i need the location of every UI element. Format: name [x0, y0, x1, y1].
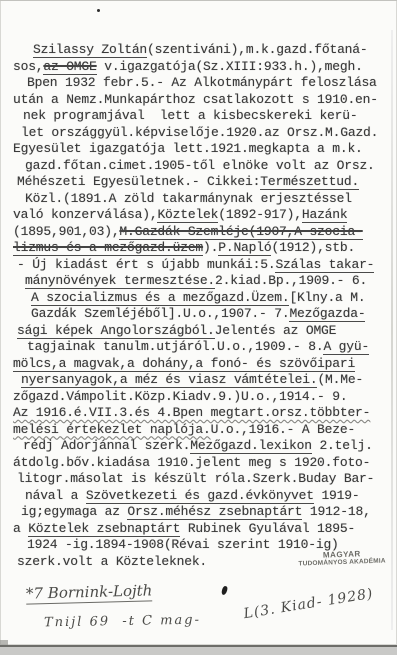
ink-blob [221, 586, 228, 596]
text-segment: 2.telj. [312, 438, 373, 453]
typed-line: melési értekezlet naplója.U.o.,1916.- A … [13, 422, 393, 439]
typed-line: tagjainak tanulm.utjáról.U.o.,1909.- 8.A… [13, 339, 393, 356]
typed-line: Közl.(1891.A zöld takarmánynak erjesztés… [13, 191, 393, 208]
text-segment: nek programjával lett a kisbecskereki ke… [23, 108, 357, 123]
text-segment: 2.kiad.Bp.,1909.- 6. [215, 273, 367, 288]
text-segment: Jelentés az OMGE [215, 323, 337, 338]
handwritten-note-1: *7 Bornink-Lojth [26, 581, 153, 604]
text-segment: nával a [25, 488, 86, 503]
text-segment: 1924 -ig.1894-1908(Révai szerint 1910-ig… [27, 537, 339, 552]
text-segment: litogr.másolat is készült róla.Szerk.Bud… [17, 471, 374, 486]
text-segment: - Új kiadást ért s újabb munkái:5. [17, 257, 275, 272]
text-segment: mölcs,a magvak,a dohány,a fonó- és szövő… [13, 356, 355, 372]
text-segment: 1919- [314, 488, 360, 503]
typed-line: nyersanyagok,a méz és viasz vámtételei.(… [13, 372, 393, 389]
text-segment: sos, [13, 59, 43, 74]
typed-line: Egyesület igazgatója lett.1921.megkapta … [13, 141, 393, 158]
typed-line: nek programjával lett a kisbecskereki ke… [13, 108, 393, 125]
typed-line: Az 1916.é.VII.3.és 4.Bpen megtart.orsz.t… [13, 405, 393, 422]
text-segment: az OMGE [43, 59, 96, 75]
typed-line: Bpen 1932 febr.5.- Az Alkotmánypárt felo… [13, 75, 393, 92]
paper-top-edge [0, 0, 397, 1]
text-segment: M.Gazdák Szemléje(1907,A szocia- [119, 224, 362, 240]
text-segment: átdolg.bőv.kiadása 1910.jelent meg s 192… [13, 455, 370, 470]
text-segment: gazd.főtan.cimet.1905-től elnöke volt az… [25, 158, 375, 173]
typed-line: litogr.másolat is készült róla.Szerk.Bud… [13, 471, 393, 488]
text-segment: a [13, 521, 28, 536]
typed-line: gazd.főtan.cimet.1905-től elnöke volt az… [13, 158, 393, 175]
text-segment: (M.Me- [317, 372, 363, 387]
text-segment: v.igazgatója(Sz.XIII:933.h.),megh. [97, 59, 363, 74]
text-segment: sági képek Angolországból. [17, 323, 215, 339]
text-segment: ). [203, 240, 218, 255]
typed-text-block: Szilassy Zoltán(szentiváni),m.k.gazd.főt… [13, 42, 393, 570]
text-segment: Természettud. [260, 174, 359, 190]
text-segment: Közl.(1891.A zöld takarmánynak erjesztés… [25, 191, 352, 206]
text-segment: Szálas takar- [275, 257, 374, 273]
typed-line: rédj Adorjánnal szerk.Mezőgazd.lexikon 2… [13, 438, 393, 455]
akademia-stamp: MAGYAR TUDOMÁNYOS AKADÉMIA [296, 549, 389, 568]
typed-line: (1895,901,03),M.Gazdák Szemléje(1907,A s… [13, 224, 393, 241]
text-segment: Bpen 1932 febr.5.- Az Alkotmánypárt felo… [27, 75, 377, 90]
text-segment: szerk.volt a Közteleknek. [17, 554, 207, 569]
typed-line: átdolg.bőv.kiadása 1910.jelent meg s 192… [13, 455, 393, 472]
text-segment: Az 1916.é.VII.3.és 4.Bpen megtart.orsz.t… [13, 405, 370, 420]
handwritten-note-3: L(3. Kiad- 1928) [243, 586, 375, 622]
typed-line: Szilassy Zoltán(szentiváni),m.k.gazd.főt… [13, 42, 393, 59]
text-segment: 1912-18, [302, 504, 370, 519]
typed-line: való konzerválása),Köztelek(1892-917),Ha… [13, 207, 393, 224]
text-segment: (1895,901,03), [13, 224, 119, 239]
typed-line: Méhészeti Egyesületnek.- Cikkei:Természe… [13, 174, 393, 191]
text-segment: Szövetkezeti és gazd.évkönyvet [86, 488, 314, 504]
text-segment: lizmus és a mezőgazd.üzem [13, 240, 203, 256]
text-segment: let országgyül.képviselője.1920.az Orsz.… [21, 125, 378, 140]
typed-line: - Új kiadást ért s újabb munkái:5.Szálas… [13, 257, 393, 274]
text-segment: melési értekezlet naplója. [13, 422, 211, 437]
typed-line: mánynövények termesztése.2.kiad.Bp.,1909… [13, 273, 393, 290]
typed-line: lizmus és a mezőgazd.üzem).P.Napló(1912)… [13, 240, 393, 257]
text-segment: A gyü- [323, 339, 369, 355]
text-segment: A szocializmus és a mezőgazd.Üzem. [31, 290, 289, 306]
typed-line: nával a Szövetkezeti és gazd.évkönyvet 1… [13, 488, 393, 505]
text-segment: rédj Adorjánnal szerk. [23, 438, 190, 453]
text-segment: (1892-917), [218, 207, 302, 222]
text-segment: zőgazd.Vámpolit.Közp.Kiadv.9.)U.o.,1914.… [13, 389, 347, 404]
text-segment: Köztelek [157, 207, 218, 223]
card-paper: Szilassy Zoltán(szentiváni),m.k.gazd.főt… [0, 0, 397, 645]
text-segment: nyersanyagok,a méz és viasz vámtételei. [21, 372, 317, 388]
text-segment: Hazánk [302, 207, 348, 223]
typed-line: sági képek Angolországból.Jelentés az OM… [13, 323, 393, 340]
typed-line: A szocializmus és a mezőgazd.Üzem.[Klny.… [13, 290, 393, 307]
text-segment: ig;egymaga az [21, 504, 127, 519]
text-segment: Gazdák Szemléjéből].U.o.,1907.- 7. [31, 306, 289, 321]
typed-line: után a Nemz.Munkapárthoz csatlakozott s … [13, 92, 393, 109]
text-segment: Méhészeti Egyesületnek.- Cikkei: [17, 174, 260, 189]
typed-line: Gazdák Szemléjéből].U.o.,1907.- 7.Mezőga… [13, 306, 393, 323]
text-segment: Szilassy Zoltán [33, 42, 147, 58]
typed-line: ig;egymaga az Orsz.méhész zsebnaptárt 19… [13, 504, 393, 521]
typed-line: sos,az OMGE v.igazgatója(Sz.XIII:933.h.)… [13, 59, 393, 76]
typed-line: let országgyül.képviselője.1920.az Orsz.… [13, 125, 393, 142]
handwritten-note-2: Tnijl 69 -t C mag- [44, 613, 201, 631]
text-segment: való konzerválása), [13, 207, 157, 222]
typed-line: a Köztelek zsebnaptárt Rubinek Gyulával … [13, 521, 393, 538]
ink-dot-top [97, 9, 100, 12]
text-segment: Orsz.méhész zsebnaptárt [127, 504, 302, 520]
text-segment: P.Napló [218, 240, 271, 256]
text-segment: [Klny.a M. [289, 290, 365, 305]
text-segment: Mezőgazda- [289, 306, 365, 322]
text-segment: Köztelek zsebnaptárt [28, 521, 180, 537]
text-segment: Egyesület igazgatója lett.1921.megkapta … [13, 141, 363, 156]
text-segment: (1912),stb. [271, 240, 355, 255]
text-segment: után a Nemz.Munkapárthoz csatlakozott s … [13, 92, 378, 107]
text-segment: tagjainak tanulm.utjáról.U.o.,1909.- 8. [27, 339, 323, 354]
typed-line: zőgazd.Vámpolit.Közp.Kiadv.9.)U.o.,1914.… [13, 389, 393, 406]
scanned-card-page: { "document": { "lines": [ {"indent": 20… [0, 0, 397, 655]
text-segment: mánynövények termesztése. [25, 273, 215, 289]
scan-bottom-edge [0, 645, 397, 655]
text-segment: Mezőgazd.lexikon [190, 438, 312, 454]
text-segment: Rubinek Gyulával 1895- [180, 521, 355, 536]
typed-line: mölcs,a magvak,a dohány,a fonó- és szövő… [13, 356, 393, 373]
text-segment: U.o.,1916.- A Beze- [211, 422, 355, 437]
text-segment: (szentiváni),m.k.gazd.főtaná- [147, 42, 367, 57]
